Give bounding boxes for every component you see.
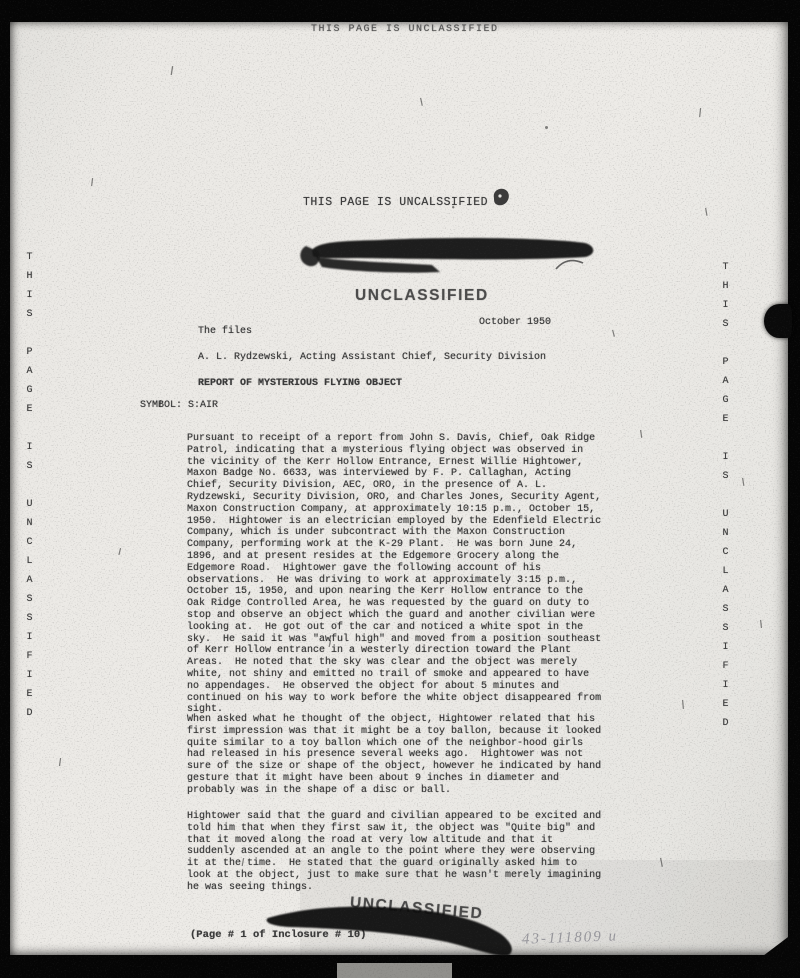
date-line: October 1950 [479,317,551,329]
symbol-line: SYMBOL: S:AIR [140,400,218,412]
bottom-bar-notch [337,963,452,978]
unclassified-stamp-upper: UNCLASSIFIED [355,287,489,305]
page-classification-header: THIS PAGE IS UNCALSSIFIED [303,197,488,209]
body-paragraph: When asked what he thought of the object… [187,714,605,797]
subject-line: REPORT OF MYSTERIOUS FLYING OBJECT [198,378,402,390]
side-banner-left: THIS PAGE IS UNCLASSIFIED [24,252,35,727]
top-classification-banner: THIS PAGE IS UNCLASSIFIED [311,24,499,36]
body-paragraph: Hightower said that the guard and civili… [187,811,605,894]
side-banner-right: THIS PAGE IS UNCLASSIFIED [720,262,731,737]
footer-page-label: (Page # 1 of Inclosure # 10) [190,930,366,942]
handwritten-serial: 43-111809 u [522,931,618,946]
addressee-line: The files [198,326,252,338]
from-line: A. L. Rydzewski, Acting Assistant Chief,… [198,352,546,364]
body-paragraph: Pursuant to receipt of a report from Joh… [187,433,605,716]
right-edge-ink-blob [764,304,792,338]
scanned-document-page: THIS PAGE IS UNCLASSIFIED THIS PAGE IS U… [0,0,800,978]
